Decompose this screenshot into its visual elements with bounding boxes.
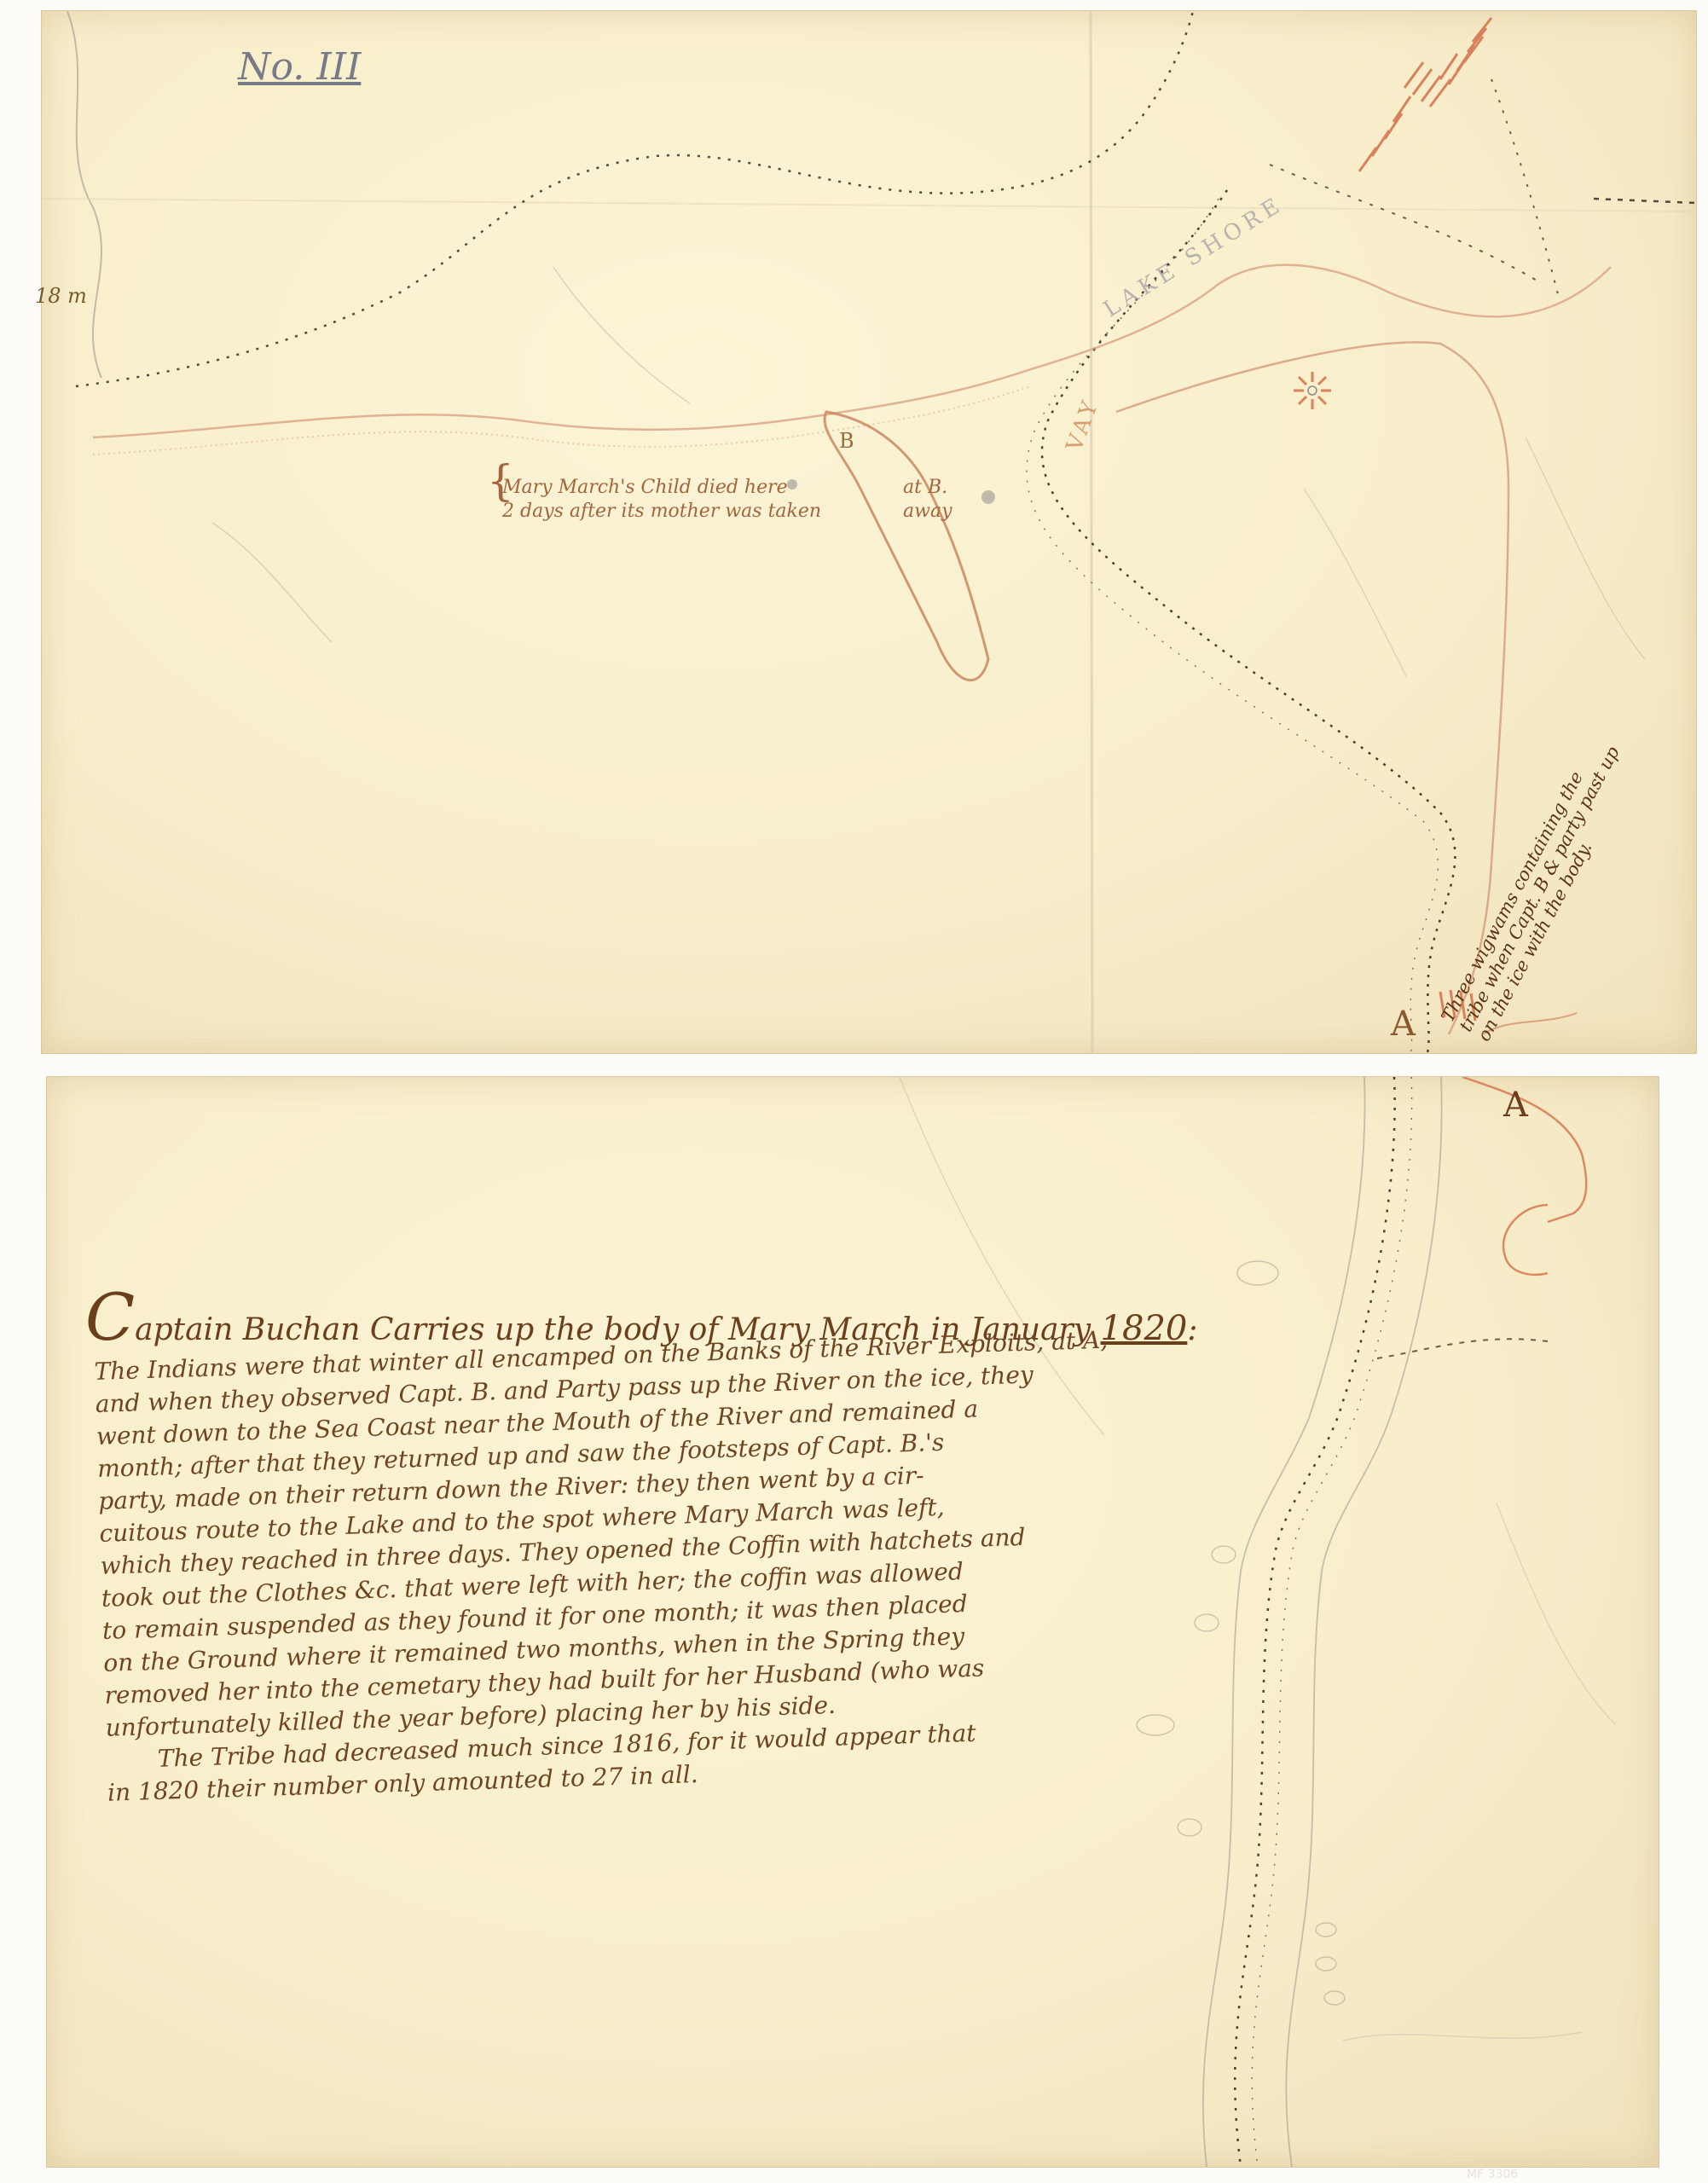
annotation-child-death: { Mary March's Child died here 2 days af… — [502, 476, 821, 524]
annotation-line: at B. — [903, 476, 952, 500]
annotation-line: away — [903, 500, 952, 524]
marker-b: B — [839, 429, 854, 453]
narrative-body: The Indians were that winter all encampe… — [94, 1321, 1216, 1810]
annotation-line: Mary March's Child died here — [502, 476, 821, 500]
sheet-number: No. III — [238, 45, 361, 89]
map-sheet-top: No. III 18 m LAKE SHORE VAY B { Mary Mar… — [41, 10, 1697, 1054]
title-initial: C — [85, 1279, 135, 1355]
catalog-mark: MF 3306 — [1467, 2168, 1518, 2181]
brace-icon: { — [487, 469, 514, 493]
annotation-child-death-continued: at B. away — [903, 476, 952, 524]
map-linework-top — [42, 11, 1696, 1053]
marker-a: A — [1391, 1005, 1416, 1044]
annotation-line: 2 days after its mother was taken — [502, 500, 821, 524]
scale-note: 18 m — [35, 284, 87, 308]
marker-a: A — [1503, 1086, 1528, 1125]
